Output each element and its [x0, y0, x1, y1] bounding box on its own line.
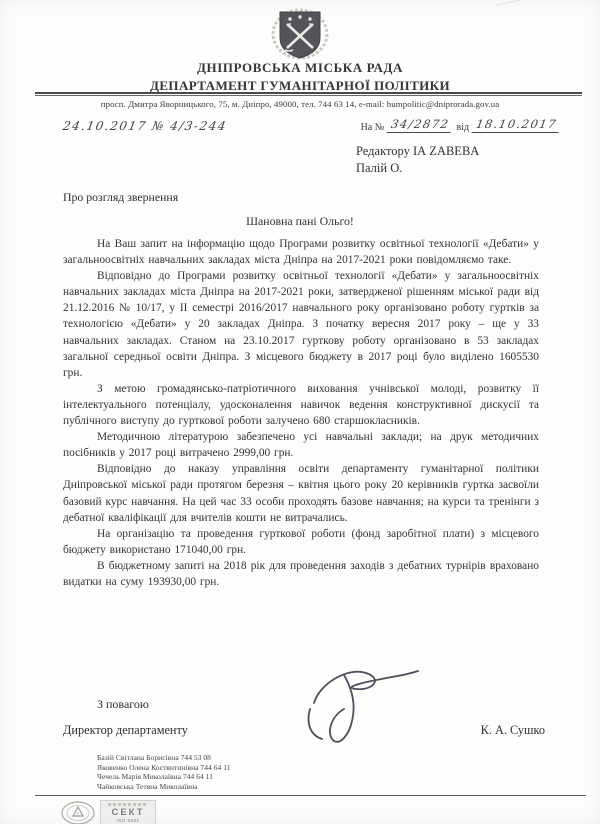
- incoming-ref-from-label: від: [457, 122, 470, 133]
- org-address-line: просп. Дмитра Яворницького, 75, м. Дніпр…: [0, 99, 600, 109]
- cert-seal-icon: A: [60, 801, 96, 824]
- paragraph-5: Відповідно до наказу управління освіти д…: [63, 461, 539, 525]
- subject-line: Про розгляд звернення: [63, 190, 178, 205]
- contact-line: Яковенко Олена Костянтинівна 744 64 11: [97, 763, 231, 773]
- director-name: К. А. Сушко: [481, 723, 545, 738]
- reference-row: 24.10.2017 № 4/3-244 На № 34/2872 від 18…: [63, 115, 560, 133]
- outgoing-reference-handwritten: 24.10.2017 № 4/3-244: [62, 119, 228, 133]
- paragraph-7: В бюджетному запиті на 2018 рік для пров…: [63, 558, 539, 590]
- letterhead-emblem: [0, 8, 600, 60]
- letterhead-divider: [35, 92, 582, 96]
- footer-divider: [35, 795, 586, 796]
- letter-body: На Ваш запит на інформацію щодо Програми…: [63, 236, 539, 590]
- director-position: Директор департаменту: [63, 723, 188, 738]
- salutation-line: Шановна пані Ольго!: [0, 214, 600, 229]
- signature-row: Директор департаменту К. А. Сушко: [63, 723, 545, 738]
- incoming-reference: На № 34/2872 від 18.10.2017: [361, 117, 560, 133]
- org-name-line1: ДНІПРОВСЬКА МІСЬКА РАДА: [0, 60, 600, 76]
- cert-label-box: СЕКТ ISO 9001: [100, 800, 156, 824]
- cert-name-label: СЕКТ: [108, 807, 148, 818]
- paragraph-3: З метою громадянсько-патріотичного вихов…: [63, 381, 539, 429]
- closing-regards: З повагою: [97, 697, 149, 712]
- paragraph-4: Методичною літературою забезпечено усі н…: [63, 429, 539, 461]
- cert-iso-label: ISO 9001: [108, 818, 148, 823]
- recipient-block: Редактору ІА ZABEBA Палій О.: [356, 143, 479, 177]
- incoming-ref-date-handwritten: 18.10.2017: [472, 117, 562, 133]
- svg-text:A: A: [77, 810, 80, 815]
- cert-tiny-text: [108, 803, 148, 806]
- recipient-line1: Редактору ІА ZABEBA: [356, 143, 479, 160]
- paragraph-2: Відповідно до Програми розвитку освітньо…: [63, 268, 539, 381]
- executor-contacts: Базій Світлана Борисівна 744 53 08 Якове…: [97, 753, 231, 791]
- contact-line: Базій Світлана Борисівна 744 53 08: [97, 753, 231, 763]
- incoming-ref-number-handwritten: 34/2872: [387, 117, 454, 133]
- paragraph-1: На Ваш запит на інформацію щодо Програми…: [63, 236, 539, 268]
- recipient-line2: Палій О.: [356, 160, 479, 177]
- contact-line: Чайковська Тетяна Миколаївна: [97, 782, 231, 792]
- scanned-letter-page: ДНІПРОВСЬКА МІСЬКА РАДА ДЕПАРТАМЕНТ ГУМА…: [0, 0, 600, 824]
- dnipro-coat-of-arms-icon: [268, 8, 332, 60]
- contact-line: Чечель Марія Миколаївна 744 64 11: [97, 772, 231, 782]
- certification-stamp: A СЕКТ ISO 9001: [60, 800, 156, 824]
- incoming-ref-label: На №: [361, 122, 385, 133]
- paragraph-6: На організацію та проведення гурткової р…: [63, 526, 539, 558]
- letterhead-org-block: ДНІПРОВСЬКА МІСЬКА РАДА ДЕПАРТАМЕНТ ГУМА…: [0, 60, 600, 94]
